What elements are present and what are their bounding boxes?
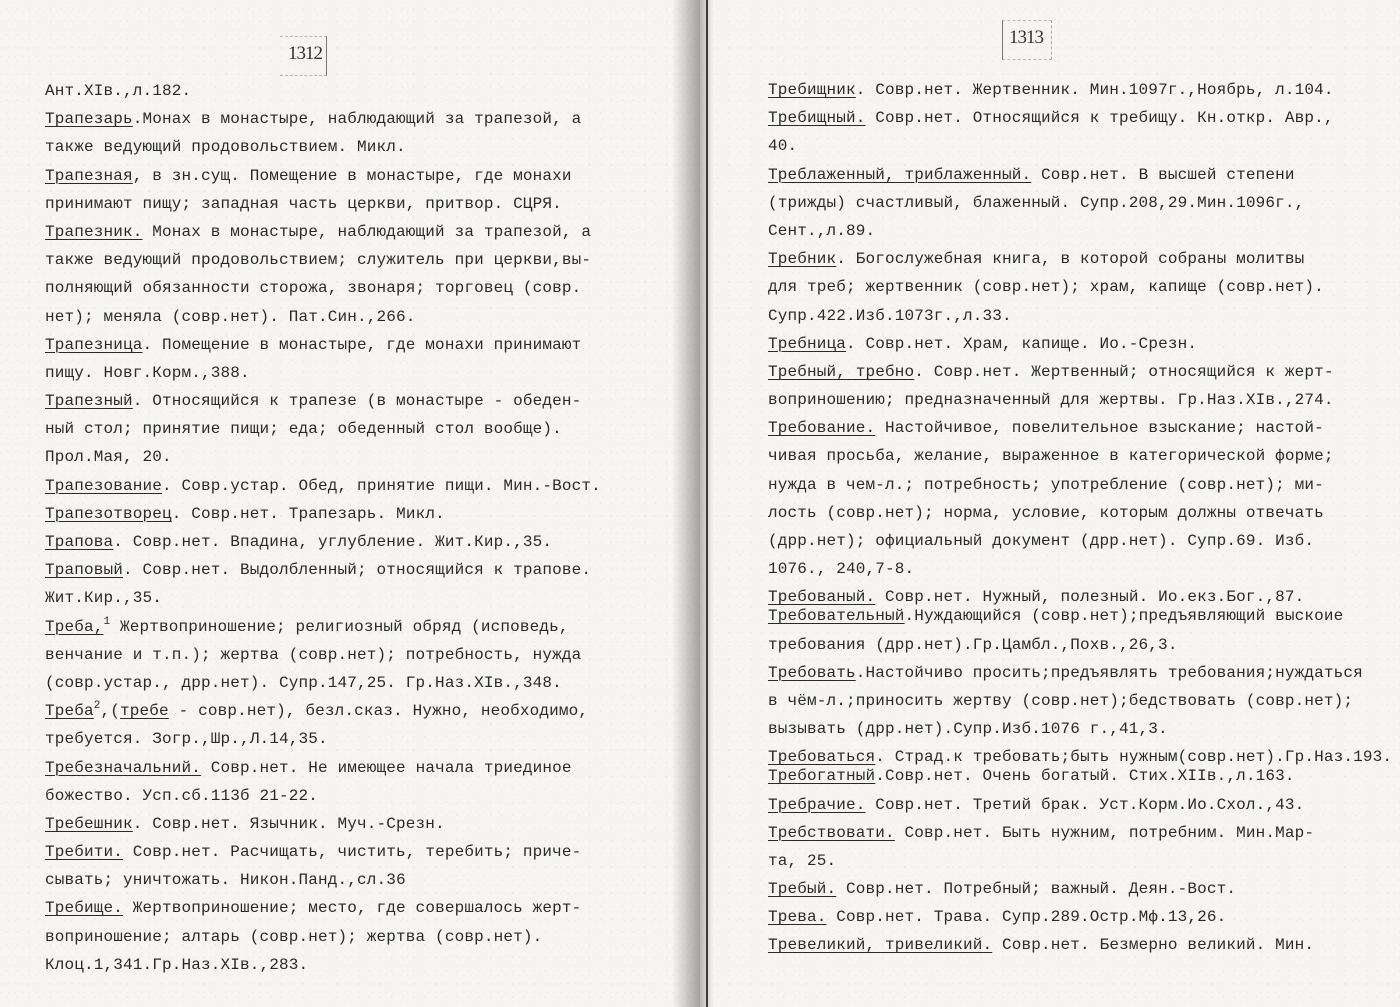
entry-text: также ведующий продовольствием; служител… (45, 251, 591, 269)
dictionary-entry-headline: Требование. Настойчивое, повелительное в… (768, 414, 1392, 442)
entry-text: в чём-л.;приносить жертву (совр.нет);бед… (768, 692, 1353, 710)
dictionary-entry-headline: Требешник. Совр.нет. Язычник. Муч.-Срезн… (45, 810, 601, 838)
headword: Трапезная (45, 167, 133, 185)
dictionary-entries: Ант.XIв.,л.182.Трапезарь.Монах в монасты… (45, 77, 601, 979)
left-page: 1312 Ант.XIв.,л.182.Трапезарь.Монах в мо… (0, 0, 700, 1007)
text-line: (трижды) счастливый, блаженный. Супр.208… (768, 189, 1392, 217)
headword: Требище. (45, 899, 123, 917)
entry-text: Совр.нет. Расчищать, чистить, теребить; … (123, 843, 581, 861)
entry-text: - совр.нет), безл.сказ. Нужно, необходим… (169, 702, 588, 720)
dictionary-entry-headline: Треба,1 Жертвоприношение; религиозный об… (45, 613, 601, 641)
headword: Требищник (768, 81, 856, 99)
entry-text: пищу. Новг.Корм.,388. (45, 364, 250, 382)
entry-text: Совр.нет. В высшей степени (1031, 166, 1294, 184)
entry-text: Монах в монастыре, наблюдающий за трапез… (143, 223, 592, 241)
dictionary-entry-headline: Требрачие. Совр.нет. Третий брак. Уст.Ко… (768, 791, 1392, 819)
entry-text: . Совр.устар. Обед, принятие пищи. Мин.-… (162, 477, 601, 495)
entry-text: Клоц.1,341.Гр.Наз.XIв.,283. (45, 956, 308, 974)
entry-text: Настойчивое, повелительное взыскание; на… (875, 419, 1324, 437)
entry-text: воприношение; алтарь (совр.нет); жертва … (45, 928, 542, 946)
entry-text: .Монах в монастыре, наблюдающий за трапе… (133, 110, 582, 128)
headword: Трапезник. (45, 223, 143, 241)
entry-text: Сент.,л.89. (768, 222, 875, 240)
entry-text: Совр.нет. Трава. Супр.289.Остр.Мф.13,26. (827, 908, 1227, 926)
entry-text: лость (совр.нет); норма, условие, которы… (768, 504, 1324, 522)
text-line: венчание и т.п.); жертва (совр.нет); пот… (45, 641, 601, 669)
entry-text: божество. Усп.сб.113б 21-22. (45, 787, 318, 805)
entry-text: (трижды) счастливый, блаженный. Супр.208… (768, 194, 1304, 212)
entry-text: сывать; уничтожать. Никон.Панд.,сл.36 (45, 871, 406, 889)
dictionary-entry-headline: Трева. Совр.нет. Трава. Супр.289.Остр.Мф… (768, 903, 1392, 931)
dictionary-entry-headline: Трапезотворец. Совр.нет. Трапезарь. Микл… (45, 500, 601, 528)
text-line: сывать; уничтожать. Никон.Панд.,сл.36 (45, 866, 601, 894)
entry-text: венчание и т.п.); жертва (совр.нет); пот… (45, 646, 581, 664)
text-line: принимают пищу; западная часть церкви, п… (45, 190, 601, 218)
entry-text: Совр.нет. Относящийся к требищу. Кн.откр… (866, 109, 1334, 127)
dictionary-entry-headline: Требый. Совр.нет. Потребный; важный. Дея… (768, 875, 1392, 903)
entry-text: та, 25. (768, 852, 836, 870)
text-line: божество. Усп.сб.113б 21-22. (45, 782, 601, 810)
entry-text: . Помещение в монастыре, где монахи прин… (143, 336, 582, 354)
entry-text: принимают пищу; западная часть церкви, п… (45, 195, 562, 213)
text-line: требуется. Зогр.,Шр.,Л.14,35. (45, 725, 601, 753)
entry-text: Совр.нет. Быть нужним, потребним. Мин.Ма… (895, 824, 1314, 842)
text-line: Ант.XIв.,л.182. (45, 77, 601, 105)
entry-text: Ант.XIв.,л.182. (45, 82, 191, 100)
entry-text: Жит.Кир.,35. (45, 589, 162, 607)
book-spread: 1312 Ант.XIв.,л.182.Трапезарь.Монах в мо… (0, 0, 1400, 1007)
entry-text: 1076., 240,7-8. (768, 560, 914, 578)
text-line: пищу. Новг.Корм.,388. (45, 359, 601, 387)
text-line: чивая просьба, желание, выраженное в кат… (768, 442, 1392, 470)
text-line: 40. (768, 132, 1392, 160)
entry-text: вызывать (дрр.нет).Супр.Изб.1076 г.,41,3… (768, 720, 1168, 738)
entry-text: нужда в чем-л.; потребность; употреблени… (768, 476, 1324, 494)
headword: Трапезотворец (45, 505, 172, 523)
text-line: вызывать (дрр.нет).Супр.Изб.1076 г.,41,3… (768, 715, 1392, 743)
headword: Требный, требно (768, 363, 914, 381)
dictionary-entry-headline: Трапезная, в зн.сущ. Помещение в монасты… (45, 162, 601, 190)
headword: Треба, (45, 618, 104, 636)
dictionary-entries: Требищник. Совр.нет. Жертвенник. Мин.109… (768, 76, 1392, 960)
page-number: 1312 (280, 36, 327, 76)
text-line: нет); меняла (совр.нет). Пат.Син.,266. (45, 303, 601, 331)
headword: Требование. (768, 419, 875, 437)
dictionary-entry-headline: Требствовати. Совр.нет. Быть нужним, пот… (768, 819, 1392, 847)
dictionary-entry-headline: Требищный. Совр.нет. Относящийся к треби… (768, 104, 1392, 132)
headword: Требити. (45, 843, 123, 861)
text-line: (дрр.нет); официальный документ (дрр.нет… (768, 527, 1392, 555)
headword: Требрачие. (768, 796, 866, 814)
text-line: та, 25. (768, 847, 1392, 875)
dictionary-entry-headline: Треблаженный, триблаженный. Совр.нет. В … (768, 161, 1392, 189)
entry-text: . Совр.нет. Жертвенный; относящийся к же… (914, 363, 1333, 381)
right-page: 1313 Требищник. Совр.нет. Жертвенник. Ми… (700, 0, 1400, 1007)
headword: Треблаженный, триблаженный. (768, 166, 1031, 184)
entry-text: . Относящийся к трапезе (в монастыре - о… (133, 392, 582, 410)
entry-text: .Совр.нет. Очень богатый. Стих.XIIв.,л.1… (875, 767, 1294, 785)
dictionary-entry-headline: Трапова. Совр.нет. Впадина, углубление. … (45, 528, 601, 556)
headword: Трапова (45, 533, 113, 551)
headword: Требовательный (768, 607, 905, 625)
headword: Требезначальний. (45, 759, 201, 777)
book-spine (706, 0, 708, 1007)
homonym-index: 2 (94, 700, 101, 712)
entry-text: (дрр.нет); официальный документ (дрр.нет… (768, 532, 1314, 550)
headword: Трапезница (45, 336, 143, 354)
text-line: также ведующий продовольствием. Микл. (45, 133, 601, 161)
headword: Трапезный (45, 392, 133, 410)
entry-text: ,( (101, 702, 121, 720)
headword: Трева. (768, 908, 827, 926)
text-line: ный стол; принятие пищи; еда; обеденный … (45, 415, 601, 443)
dictionary-entry-headline: Трапезарь.Монах в монастыре, наблюдающий… (45, 105, 601, 133)
text-line: в чём-л.;приносить жертву (совр.нет);бед… (768, 687, 1392, 715)
entry-text: Жертвоприношение; место, где совершалось… (123, 899, 581, 917)
headword: Требница (768, 335, 846, 353)
dictionary-entry-headline: Требник. Богослужебная книга, в которой … (768, 245, 1392, 273)
dictionary-entry-headline: Траповый. Совр.нет. Выдолбленный; относя… (45, 556, 601, 584)
dictionary-entry-headline: Требница. Совр.нет. Храм, капище. Ио.-Ср… (768, 330, 1392, 358)
headword: Тревеликий, тривеликий. (768, 936, 992, 954)
text-line: также ведующий продовольствием; служител… (45, 246, 601, 274)
headword: Требогатный (768, 767, 875, 785)
text-line: Супр.422.Изб.1073г.,л.33. (768, 302, 1392, 330)
entry-text: также ведующий продовольствием. Микл. (45, 138, 406, 156)
gutter-shadow (672, 0, 700, 1007)
dictionary-entry-headline: Требовать.Настойчиво просить;предъявлять… (768, 659, 1392, 687)
entry-text: требуется. Зогр.,Шр.,Л.14,35. (45, 730, 328, 748)
entry-text: . Совр.нет. Храм, капище. Ио.-Срезн. (846, 335, 1197, 353)
dictionary-entry-headline: Требогатный.Совр.нет. Очень богатый. Сти… (768, 762, 1392, 790)
entry-text: Жертвоприношение; религиозный обряд (исп… (110, 618, 568, 636)
text-line: Сент.,л.89. (768, 217, 1392, 245)
entry-text: , в зн.сущ. Помещение в монастыре, где м… (133, 167, 572, 185)
text-line: (совр.устар., дрр.нет). Супр.147,25. Гр.… (45, 669, 601, 697)
dictionary-entry-headline: Трапезный. Относящийся к трапезе (в мона… (45, 387, 601, 415)
text-line: воприношение; алтарь (совр.нет); жертва … (45, 923, 601, 951)
headword: Требищный. (768, 109, 866, 127)
dictionary-entry-headline: Требище. Жертвоприношение; место, где со… (45, 894, 601, 922)
dictionary-entry-headline: Трапезник. Монах в монастыре, наблюдающи… (45, 218, 601, 246)
dictionary-entry-headline: Требный, требно. Совр.нет. Жертвенный; о… (768, 358, 1392, 386)
headword: Требник (768, 250, 836, 268)
entry-text: воприношению; предназначенный для жертвы… (768, 391, 1334, 409)
dictionary-entry-headline: Требоваться. Страд.к требовать;быть нужн… (768, 743, 1392, 762)
headword: требе (120, 702, 169, 720)
entry-text: нет); меняла (совр.нет). Пат.Син.,266. (45, 308, 416, 326)
text-line: нужда в чем-л.; потребность; употреблени… (768, 471, 1392, 499)
entry-text: . Совр.нет. Трапезарь. Микл. (172, 505, 445, 523)
entry-text: . Совр.нет. Выдолбленный; относящийся к … (123, 561, 591, 579)
dictionary-entry-headline: Тревеликий, тривеликий. Совр.нет. Безмер… (768, 931, 1392, 959)
page-number: 1313 (1002, 20, 1052, 60)
entry-text: 40. (768, 137, 797, 155)
dictionary-entry-headline: Треба2,(требе - совр.нет), безл.сказ. Ну… (45, 697, 601, 725)
headword: Требствовати. (768, 824, 895, 842)
entry-text: (совр.устар., дрр.нет). Супр.147,25. Гр.… (45, 674, 562, 692)
entry-text: чивая просьба, желание, выраженное в кат… (768, 447, 1334, 465)
headword: Треба (45, 702, 94, 720)
entry-text: Супр.422.Изб.1073г.,л.33. (768, 307, 1012, 325)
dictionary-entry-headline: Трапезование. Совр.устар. Обед, принятие… (45, 472, 601, 500)
text-line: лость (совр.нет); норма, условие, которы… (768, 499, 1392, 527)
entry-text: .Нуждающийся (совр.нет);предъявляющий вы… (905, 607, 1344, 625)
text-line: 1076., 240,7-8. (768, 555, 1392, 583)
dictionary-entry-headline: Требити. Совр.нет. Расчищать, чистить, т… (45, 838, 601, 866)
text-line: воприношению; предназначенный для жертвы… (768, 386, 1392, 414)
entry-text: . Совр.нет. Язычник. Муч.-Срезн. (133, 815, 445, 833)
entry-text: . Богослужебная книга, в которой собраны… (836, 250, 1304, 268)
dictionary-entry-headline: Требищник. Совр.нет. Жертвенник. Мин.109… (768, 76, 1392, 104)
text-line: требования (дрр.нет).Гр.Цамбл.,Похв.,26,… (768, 631, 1392, 659)
headword: Трапезарь (45, 110, 133, 128)
headword: Трапезование (45, 477, 162, 495)
entry-text: Совр.нет. Потребный; важный. Деян.-Вост. (836, 880, 1236, 898)
entry-text: . Совр.нет. Впадина, углубление. Жит.Кир… (113, 533, 552, 551)
entry-text: Совр.нет. Не имеющее начала триединое (201, 759, 572, 777)
dictionary-entry-headline: Требовательный.Нуждающийся (совр.нет);пр… (768, 602, 1392, 630)
text-line: для треб; жертвенник (совр.нет); храм, к… (768, 273, 1392, 301)
entry-text: Совр.нет. Безмерно великий. Мин. (992, 936, 1314, 954)
dictionary-entry-headline: Требезначальний. Совр.нет. Не имеющее на… (45, 754, 601, 782)
entry-text: .Настойчиво просить;предъявлять требован… (856, 664, 1363, 682)
text-line: Жит.Кир.,35. (45, 584, 601, 612)
entry-text: требования (дрр.нет).Гр.Цамбл.,Похв.,26,… (768, 636, 1178, 654)
entry-text: полняющий обязанности сторожа, звонаря; … (45, 279, 581, 297)
headword: Требешник (45, 815, 133, 833)
headword: Траповый (45, 561, 123, 579)
entry-text: Прол.Мая, 20. (45, 448, 172, 466)
text-line: Клоц.1,341.Гр.Наз.XIв.,283. (45, 951, 601, 979)
entry-text: . Совр.нет. Жертвенник. Мин.1097г.,Ноябр… (856, 81, 1334, 99)
text-line: полняющий обязанности сторожа, звонаря; … (45, 274, 601, 302)
dictionary-entry-headline: Трапезница. Помещение в монастыре, где м… (45, 331, 601, 359)
entry-text: ный стол; принятие пищи; еда; обеденный … (45, 420, 562, 438)
entry-text: Совр.нет. Третий брак. Уст.Корм.Ио.Схол.… (866, 796, 1305, 814)
dictionary-entry-headline: Требованый. Совр.нет. Нужный, полезный. … (768, 583, 1392, 602)
text-line: Прол.Мая, 20. (45, 443, 601, 471)
headword: Требовать (768, 664, 856, 682)
entry-text: для треб; жертвенник (совр.нет); храм, к… (768, 278, 1324, 296)
headword: Требый. (768, 880, 836, 898)
